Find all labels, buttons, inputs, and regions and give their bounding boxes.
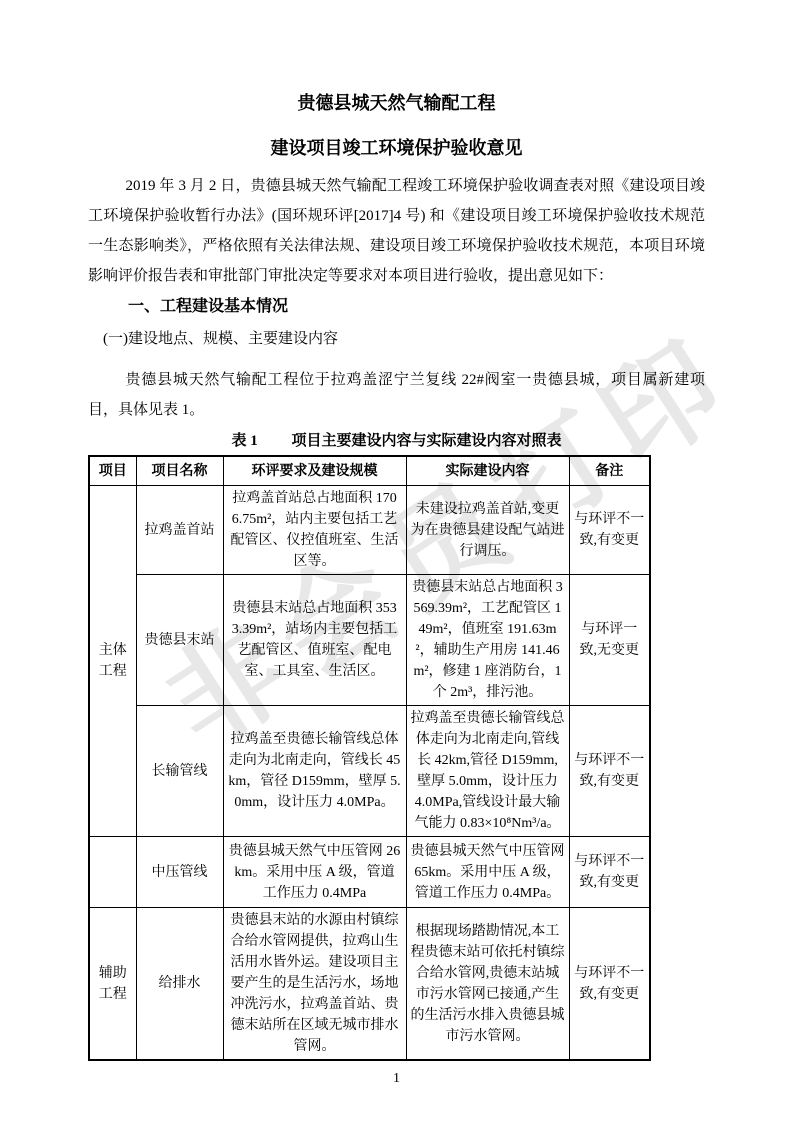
header-cell-actual: 实际建设内容: [406, 456, 569, 486]
category-cell: 主体工程: [89, 486, 136, 837]
name-cell: 中压管线: [136, 837, 223, 908]
remark-cell: 与环评不一致,有变更: [569, 706, 650, 837]
name-cell: 给排水: [136, 908, 223, 1061]
name-cell: 拉鸡盖首站: [136, 486, 223, 575]
actual-cell: 拉鸡盖至贵德长输管线总体走向为北南走向,管线长 42km,管径 D159mm,壁…: [406, 706, 569, 837]
actual-cell: 根据现场踏勘情况,本工程贵德末站可依托村镇综合给水管网,贵德末站城市污水管网已接…: [406, 908, 569, 1061]
category-cell-empty: [89, 837, 136, 908]
name-cell: 贵德县末站: [136, 575, 223, 706]
table-header-row: 项目 项目名称 环评要求及建设规模 实际建设内容 备注: [89, 456, 650, 486]
comparison-table: 项目 项目名称 环评要求及建设规模 实际建设内容 备注 主体工程 拉鸡盖首站 拉…: [88, 455, 651, 1061]
location-paragraph: 贵德县城天然气输配工程位于拉鸡盖涩宁兰复线 22#阀室一贵德县城，项目属新建项目…: [88, 365, 705, 425]
section-subheading: (一)建设地点、规模、主要建设内容: [88, 323, 705, 355]
document-title: 贵德县城天然气输配工程: [88, 90, 705, 116]
eia-cell: 贵德县城天然气中压管网 26km。采用中压 A 级，管道工作压力 0.4MPa: [223, 837, 406, 908]
header-cell-name: 项目名称: [136, 456, 223, 486]
table-caption-label: 表 1: [231, 433, 257, 449]
remark-cell: 与环评不一致,有变更: [569, 837, 650, 908]
table-row: 贵德县末站 贵德县末站总占地面积 3533.39m²，站场内主要包括工艺配管区、…: [89, 575, 650, 706]
table-row: 辅助工程 给排水 贵德县末站的水源由村镇综合给水管网提供，拉鸡山生活用水皆外运。…: [89, 908, 650, 1061]
remark-cell: 与环评不一致,有变更: [569, 486, 650, 575]
actual-cell: 贵德县城天然气中压管网 65km。采用中压 A 级，管道工作压力 0.4MPa。: [406, 837, 569, 908]
document-subtitle: 建设项目竣工环境保护验收意见: [88, 135, 705, 161]
section-heading: 一、工程建设基本情况: [88, 291, 705, 323]
eia-cell: 贵德县末站总占地面积 3533.39m²，站场内主要包括工艺配管区、值班室、配电…: [223, 575, 406, 706]
remark-cell: 与环评一致,无变更: [569, 575, 650, 706]
remark-cell: 与环评不一致,有变更: [569, 908, 650, 1061]
name-cell: 长输管线: [136, 706, 223, 837]
header-cell-project: 项目: [89, 456, 136, 486]
table-caption: 表 1 项目主要建设内容与实际建设内容对照表: [88, 431, 705, 451]
document-page: 非会员打印 贵德县城天然气输配工程 建设项目竣工环境保护验收意见 2019 年 …: [0, 0, 793, 1122]
eia-cell: 拉鸡盖至贵德长输管线总体走向为北南走向，管线长 45km，管径 D159mm，壁…: [223, 706, 406, 837]
category-cell: 辅助工程: [89, 908, 136, 1061]
header-cell-remark: 备注: [569, 456, 650, 486]
actual-cell: 贵德县末站总占地面积 3569.39m²，工艺配管区 149m²，值班室 191…: [406, 575, 569, 706]
document-content: 贵德县城天然气输配工程 建设项目竣工环境保护验收意见 2019 年 3 月 2 …: [0, 0, 793, 1089]
table-row: 中压管线 贵德县城天然气中压管网 26km。采用中压 A 级，管道工作压力 0.…: [89, 837, 650, 908]
table-caption-title: 项目主要建设内容与实际建设内容对照表: [292, 433, 562, 449]
actual-cell: 未建设拉鸡盖首站,变更为在贵德县建设配气站进行调压。: [406, 486, 569, 575]
header-cell-eia: 环评要求及建设规模: [223, 456, 406, 486]
page-number: 1: [88, 1069, 705, 1089]
eia-cell: 贵德县末站的水源由村镇综合给水管网提供，拉鸡山生活用水皆外运。建设项目主要产生的…: [223, 908, 406, 1061]
table-row: 主体工程 拉鸡盖首站 拉鸡盖首站总占地面积 1706.75m²，站内主要包括工艺…: [89, 486, 650, 575]
eia-cell: 拉鸡盖首站总占地面积 1706.75m²，站内主要包括工艺配管区、仪控值班室、生…: [223, 486, 406, 575]
intro-paragraph: 2019 年 3 月 2 日，贵德县城天然气输配工程竣工环境保护验收调查表对照《…: [88, 171, 705, 291]
table-row: 长输管线 拉鸡盖至贵德长输管线总体走向为北南走向，管线长 45km，管径 D15…: [89, 706, 650, 837]
